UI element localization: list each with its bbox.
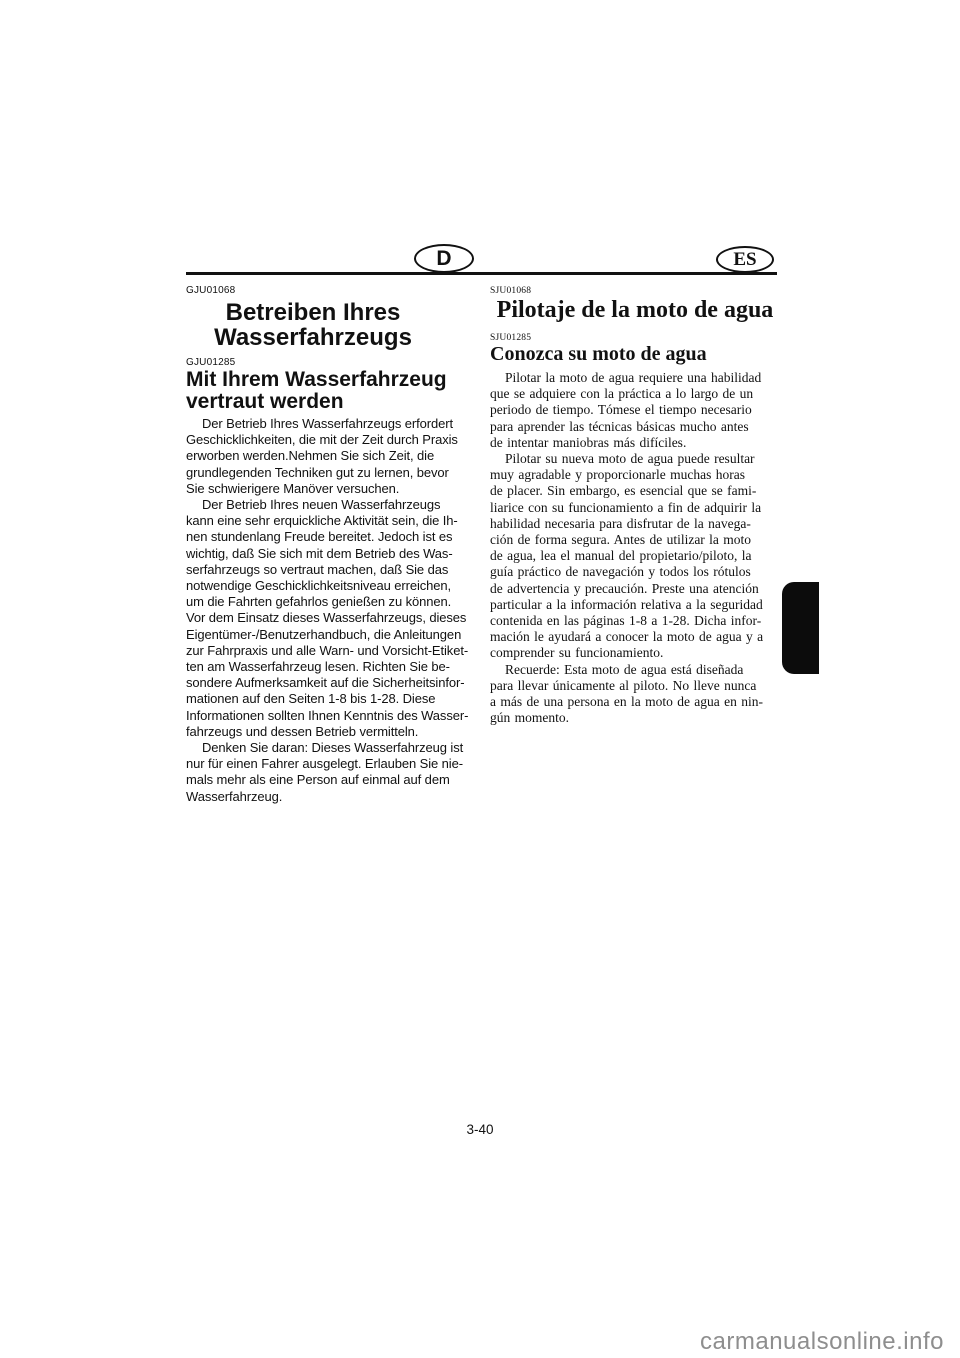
- german-body: Der Betrieb Ihres Wasserfahrzeugs erford…: [186, 416, 482, 805]
- german-section-code: GJU01068: [186, 285, 482, 297]
- german-paragraph-1: Der Betrieb Ihres Wasserfahrzeugs erford…: [186, 416, 482, 497]
- section-edge-tab: [782, 582, 819, 674]
- language-badge-german-label: D: [436, 247, 451, 271]
- spanish-paragraph-1: Pilotar la moto de agua requiere una hab…: [490, 370, 780, 451]
- page-number: 3-40: [0, 1122, 960, 1137]
- language-badge-spanish: ES: [716, 246, 774, 273]
- german-section-title: Betreiben Ihres Wasserfahrzeugs: [186, 300, 440, 350]
- german-subsection-title: Mit Ihrem Wasserfahrzeug vertraut werden: [186, 369, 482, 413]
- language-badge-spanish-label: ES: [733, 249, 756, 271]
- manual-page: D ES GJU01068 Betreiben Ihres Wasserfahr…: [0, 0, 960, 1358]
- german-paragraph-3: Denken Sie daran: Dieses Wasserfahrzeug …: [186, 740, 482, 805]
- german-column: GJU01068 Betreiben Ihres Wasserfahrzeugs…: [186, 285, 482, 805]
- spanish-subsection-title: Conozca su moto de agua: [490, 344, 780, 365]
- spanish-paragraph-2: Pilotar su nueva moto de agua puede resu…: [490, 451, 780, 662]
- spanish-body: Pilotar la moto de agua requiere una hab…: [490, 370, 780, 726]
- header-rule: [186, 272, 777, 275]
- watermark-text: carmanualsonline.info: [700, 1328, 944, 1356]
- language-badge-german: D: [414, 244, 474, 273]
- spanish-section-code: SJU01068: [490, 285, 780, 297]
- spanish-paragraph-3: Recuerde: Esta moto de agua está diseñad…: [490, 662, 780, 727]
- german-paragraph-2: Der Betrieb Ihres neuen Wasserfahrzeugs …: [186, 497, 482, 740]
- spanish-section-title: Pilotaje de la moto de agua: [490, 298, 780, 322]
- spanish-column: SJU01068 Pilotaje de la moto de agua SJU…: [490, 285, 780, 726]
